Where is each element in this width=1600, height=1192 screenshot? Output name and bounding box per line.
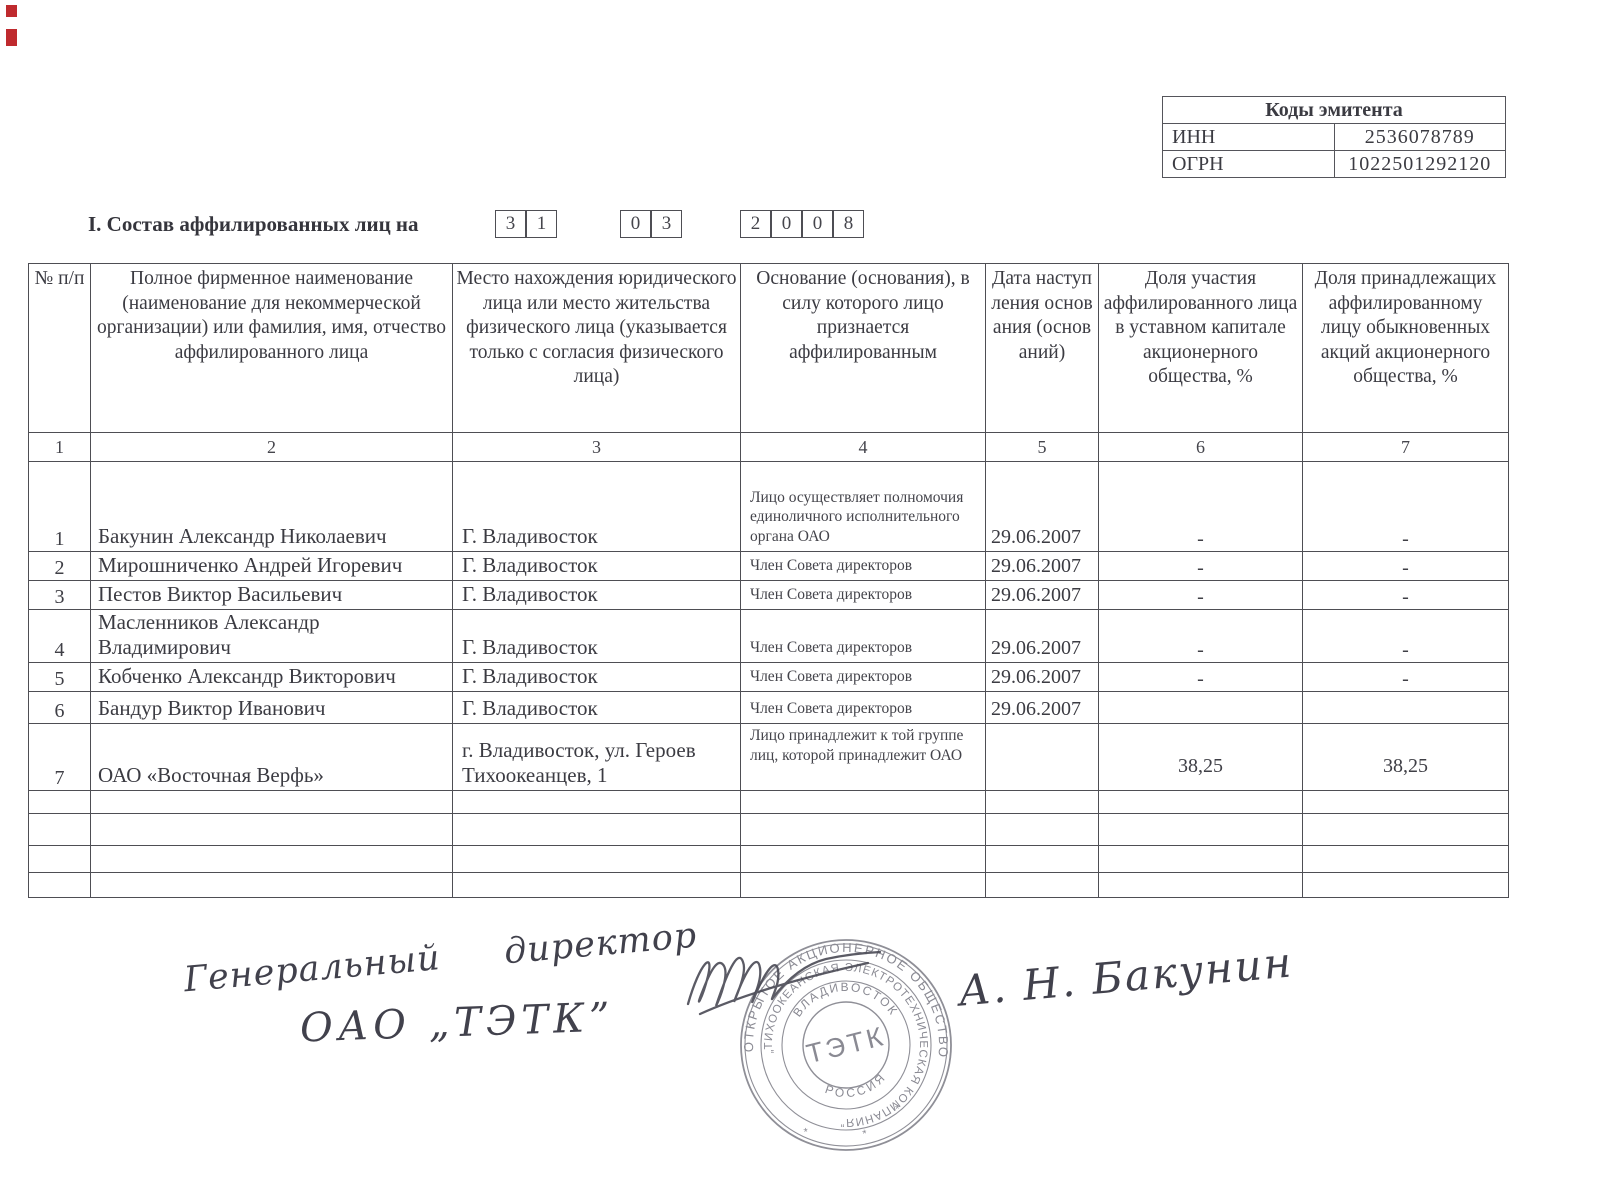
basis-date: 29.06.2007 [986,552,1099,581]
emitter-codes-table: Коды эмитента ИНН 2536078789 ОГРН 102250… [1162,96,1506,178]
basis-date: 29.06.2007 [986,663,1099,692]
empty-cell [29,846,91,873]
stamp-star: * [862,1128,869,1141]
col-number: 5 [986,433,1099,462]
share-capital: - [1099,663,1303,692]
empty-row [29,873,1509,898]
table-row: 6 Бандур Виктор Иванович Г. Владивосток … [29,692,1509,724]
affiliation-basis: Лицо принадлежит к той группе лиц, котор… [741,724,986,791]
share-capital: - [1099,610,1303,663]
empty-row [29,791,1509,814]
header-share-stock: Доля принадлежащих аффилированному лицу … [1303,264,1509,433]
section-title: I. Состав аффилированных лиц на [88,212,419,237]
affiliate-location: Г. Владивосток [453,581,741,610]
share-capital: 38,25 [1099,724,1303,791]
date-day-boxes: 3 1 [495,210,557,238]
header-row: № п/п Полное фирменное наименование (наи… [29,264,1509,433]
empty-cell [1303,846,1509,873]
affiliation-basis: Член Совета директоров [741,692,986,724]
share-stock: - [1303,581,1509,610]
empty-cell [91,873,453,898]
row-num: 7 [29,724,91,791]
company-round-stamp: ОТКРЫТОЕ АКЦИОНЕРНОЕ ОБЩЕСТВО „ТИХООКЕАН… [720,919,973,1172]
inn-label: ИНН [1163,124,1335,151]
row-num: 5 [29,663,91,692]
header-location: Место нахождения юридического лица или м… [453,264,741,433]
ogrn-label: ОГРН [1163,151,1335,178]
date-digit: 8 [833,210,864,238]
basis-date: 29.06.2007 [986,692,1099,724]
empty-cell [741,791,986,814]
share-capital [1099,692,1303,724]
empty-cell [1303,791,1509,814]
red-scan-mark [6,5,17,17]
table-row: 5 Кобченко Александр Викторович Г. Влади… [29,663,1509,692]
empty-cell [453,846,741,873]
empty-cell [29,814,91,846]
column-number-row: 1 2 3 4 5 6 7 [29,433,1509,462]
share-stock: 38,25 [1303,724,1509,791]
handwritten-title-line1: Генеральный директор [182,916,698,1001]
affiliation-basis: Член Совета директоров [741,552,986,581]
share-capital: - [1099,462,1303,552]
header-num: № п/п [29,264,91,433]
col-number: 6 [1099,433,1303,462]
affiliate-name: Бандур Виктор Иванович [91,692,453,724]
table-row: 4 Масленников Александр Владимирович Г. … [29,610,1509,663]
empty-cell [741,873,986,898]
empty-cell [1099,846,1303,873]
red-scan-mark [6,29,17,46]
row-num: 6 [29,692,91,724]
affiliate-name: Масленников Александр Владимирович [91,610,453,663]
handwritten-signature-name: А. Н. Бакунин [957,937,1296,1015]
share-stock: - [1303,462,1509,552]
affiliates-table: № п/п Полное фирменное наименование (наи… [28,263,1509,898]
empty-cell [453,873,741,898]
empty-cell [453,814,741,846]
date-digit: 3 [651,210,682,238]
header-share-capital: Доля участия аффилированного лица в уста… [1099,264,1303,433]
affiliate-location: Г. Владивосток [453,552,741,581]
affiliate-name: Мирошниченко Андрей Игоревич [91,552,453,581]
row-num: 2 [29,552,91,581]
emitter-codes-title: Коды эмитента [1163,97,1506,124]
empty-cell [986,791,1099,814]
empty-cell [1099,873,1303,898]
empty-cell [1099,814,1303,846]
date-digit: 0 [802,210,833,238]
header-basis: Основание (основания), в силу которого л… [741,264,986,433]
handwritten-title-line2: ОАО „ТЭТК” [299,995,615,1052]
col-number: 2 [91,433,453,462]
scanned-document-page: { "emitter_codes": { "title": "Коды эмит… [0,0,1600,1192]
empty-cell [1303,873,1509,898]
empty-cell [91,846,453,873]
empty-cell [986,846,1099,873]
table-row: 1 Бакунин Александр Николаевич Г. Владив… [29,462,1509,552]
empty-row [29,814,1509,846]
stamp-star: * [803,1126,810,1139]
date-digit: 0 [771,210,802,238]
affiliate-location: Г. Владивосток [453,462,741,552]
empty-cell [741,814,986,846]
empty-cell [29,791,91,814]
share-stock: - [1303,552,1509,581]
table-row: ОГРН 1022501292120 [1163,151,1506,178]
affiliate-name: ОАО «Восточная Верфь» [91,724,453,791]
share-stock: - [1303,610,1509,663]
affiliation-basis: Член Совета директоров [741,663,986,692]
ogrn-value: 1022501292120 [1334,151,1506,178]
empty-cell [986,873,1099,898]
empty-cell [741,846,986,873]
empty-cell [91,814,453,846]
affiliate-location: г. Владивосток, ул. Героев Тихоокеанцев,… [453,724,741,791]
date-digit: 1 [526,210,557,238]
share-stock [1303,692,1509,724]
col-number: 1 [29,433,91,462]
date-digit: 2 [740,210,771,238]
row-num: 4 [29,610,91,663]
date-digit: 0 [620,210,651,238]
affiliation-basis: Лицо осуществляет полномочия единоличног… [741,462,986,552]
affiliate-location: Г. Владивосток [453,610,741,663]
inn-value: 2536078789 [1334,124,1506,151]
empty-row [29,846,1509,873]
col-number: 7 [1303,433,1509,462]
share-capital: - [1099,581,1303,610]
empty-cell [91,791,453,814]
basis-date: 29.06.2007 [986,610,1099,663]
empty-cell [1099,791,1303,814]
empty-cell [29,873,91,898]
date-month-boxes: 0 3 [620,210,682,238]
empty-cell [1303,814,1509,846]
col-number: 4 [741,433,986,462]
row-num: 3 [29,581,91,610]
affiliate-name: Бакунин Александр Николаевич [91,462,453,552]
affiliate-name: Кобченко Александр Викторович [91,663,453,692]
date-digit: 3 [495,210,526,238]
basis-date [986,724,1099,791]
table-row: ИНН 2536078789 [1163,124,1506,151]
affiliation-basis: Член Совета директоров [741,610,986,663]
affiliate-location: Г. Владивосток [453,663,741,692]
header-name: Полное фирменное наименование (наименова… [91,264,453,433]
table-row: 3 Пестов Виктор Васильевич Г. Владивосто… [29,581,1509,610]
empty-cell [986,814,1099,846]
table-row: 7 ОАО «Восточная Верфь» г. Владивосток, … [29,724,1509,791]
affiliate-name-text: Масленников Александр Владимирович [98,610,398,660]
row-num: 1 [29,462,91,552]
header-date: Дата наступления основания (оснований) [986,264,1099,433]
empty-cell [453,791,741,814]
affiliation-basis: Член Совета директоров [741,581,986,610]
stamp-center-text: ТЭТК [803,1021,888,1069]
share-stock: - [1303,663,1509,692]
basis-date: 29.06.2007 [986,462,1099,552]
table-row: 2 Мирошниченко Андрей Игоревич Г. Владив… [29,552,1509,581]
affiliate-name: Пестов Виктор Васильевич [91,581,453,610]
affiliate-location: Г. Владивосток [453,692,741,724]
share-capital: - [1099,552,1303,581]
date-year-boxes: 2 0 0 8 [740,210,864,238]
section-title-row: I. Состав аффилированных лиц на 3 1 0 3 … [88,210,1088,244]
basis-date: 29.06.2007 [986,581,1099,610]
col-number: 3 [453,433,741,462]
